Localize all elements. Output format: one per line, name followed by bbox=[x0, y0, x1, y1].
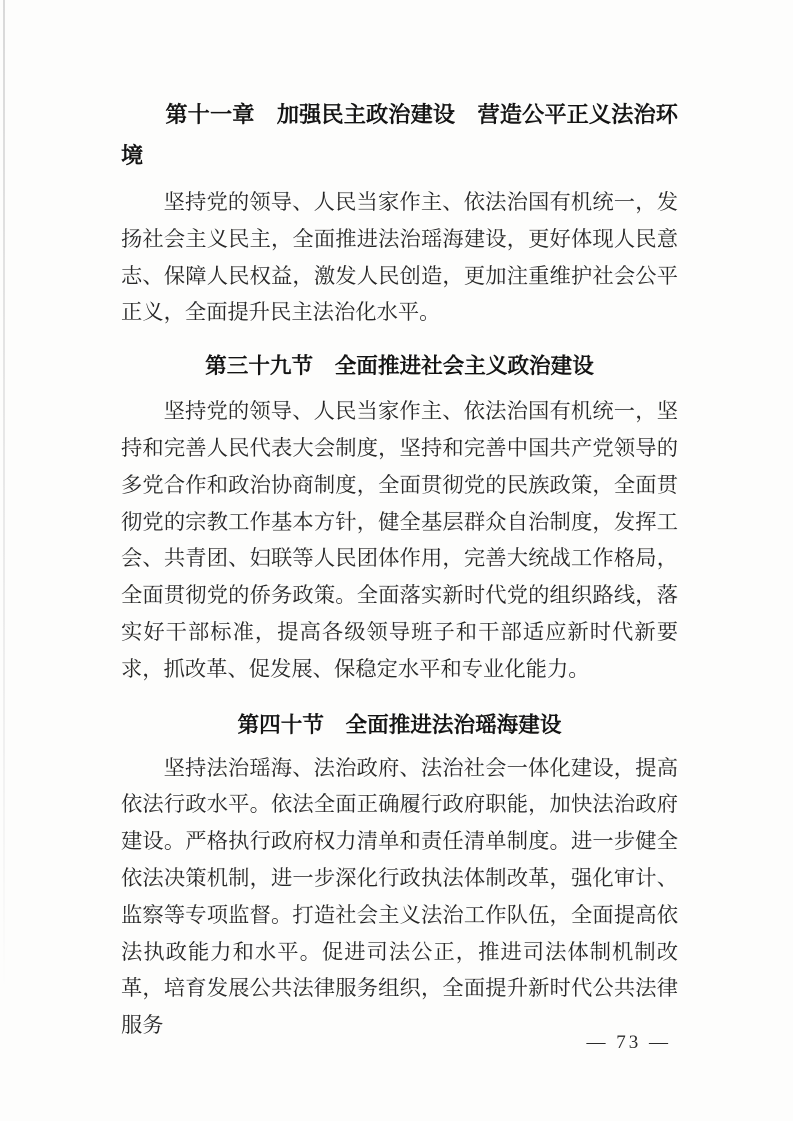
section-40-paragraph: 坚持法治瑶海、法治政府、法治社会一体化建设，提高依法行政水平。依法全面正确履行政… bbox=[121, 750, 678, 1044]
section-40-heading: 第四十节 全面推进法治瑶海建设 bbox=[121, 712, 678, 738]
page-content: 第十一章 加强民主政治建设 营造公平正义法治环境 坚持党的领导、人民当家作主、依… bbox=[121, 0, 678, 1044]
section-39-paragraph: 坚持党的领导、人民当家作主、依法治国有机统一，坚持和完善人民代表大会制度，坚持和… bbox=[121, 393, 678, 687]
page-number: — 73 — bbox=[587, 1032, 672, 1054]
scan-edge-artifact bbox=[3, 0, 5, 990]
chapter-heading: 第十一章 加强民主政治建设 营造公平正义法治环境 bbox=[121, 94, 678, 176]
section-39-heading: 第三十九节 全面推进社会主义政治建设 bbox=[121, 353, 678, 379]
chapter-intro-paragraph: 坚持党的领导、人民当家作主、依法治国有机统一，发扬社会主义民主，全面推进法治瑶海… bbox=[121, 184, 678, 331]
document-page: 第十一章 加强民主政治建设 营造公平正义法治环境 坚持党的领导、人民当家作主、依… bbox=[0, 0, 793, 1121]
